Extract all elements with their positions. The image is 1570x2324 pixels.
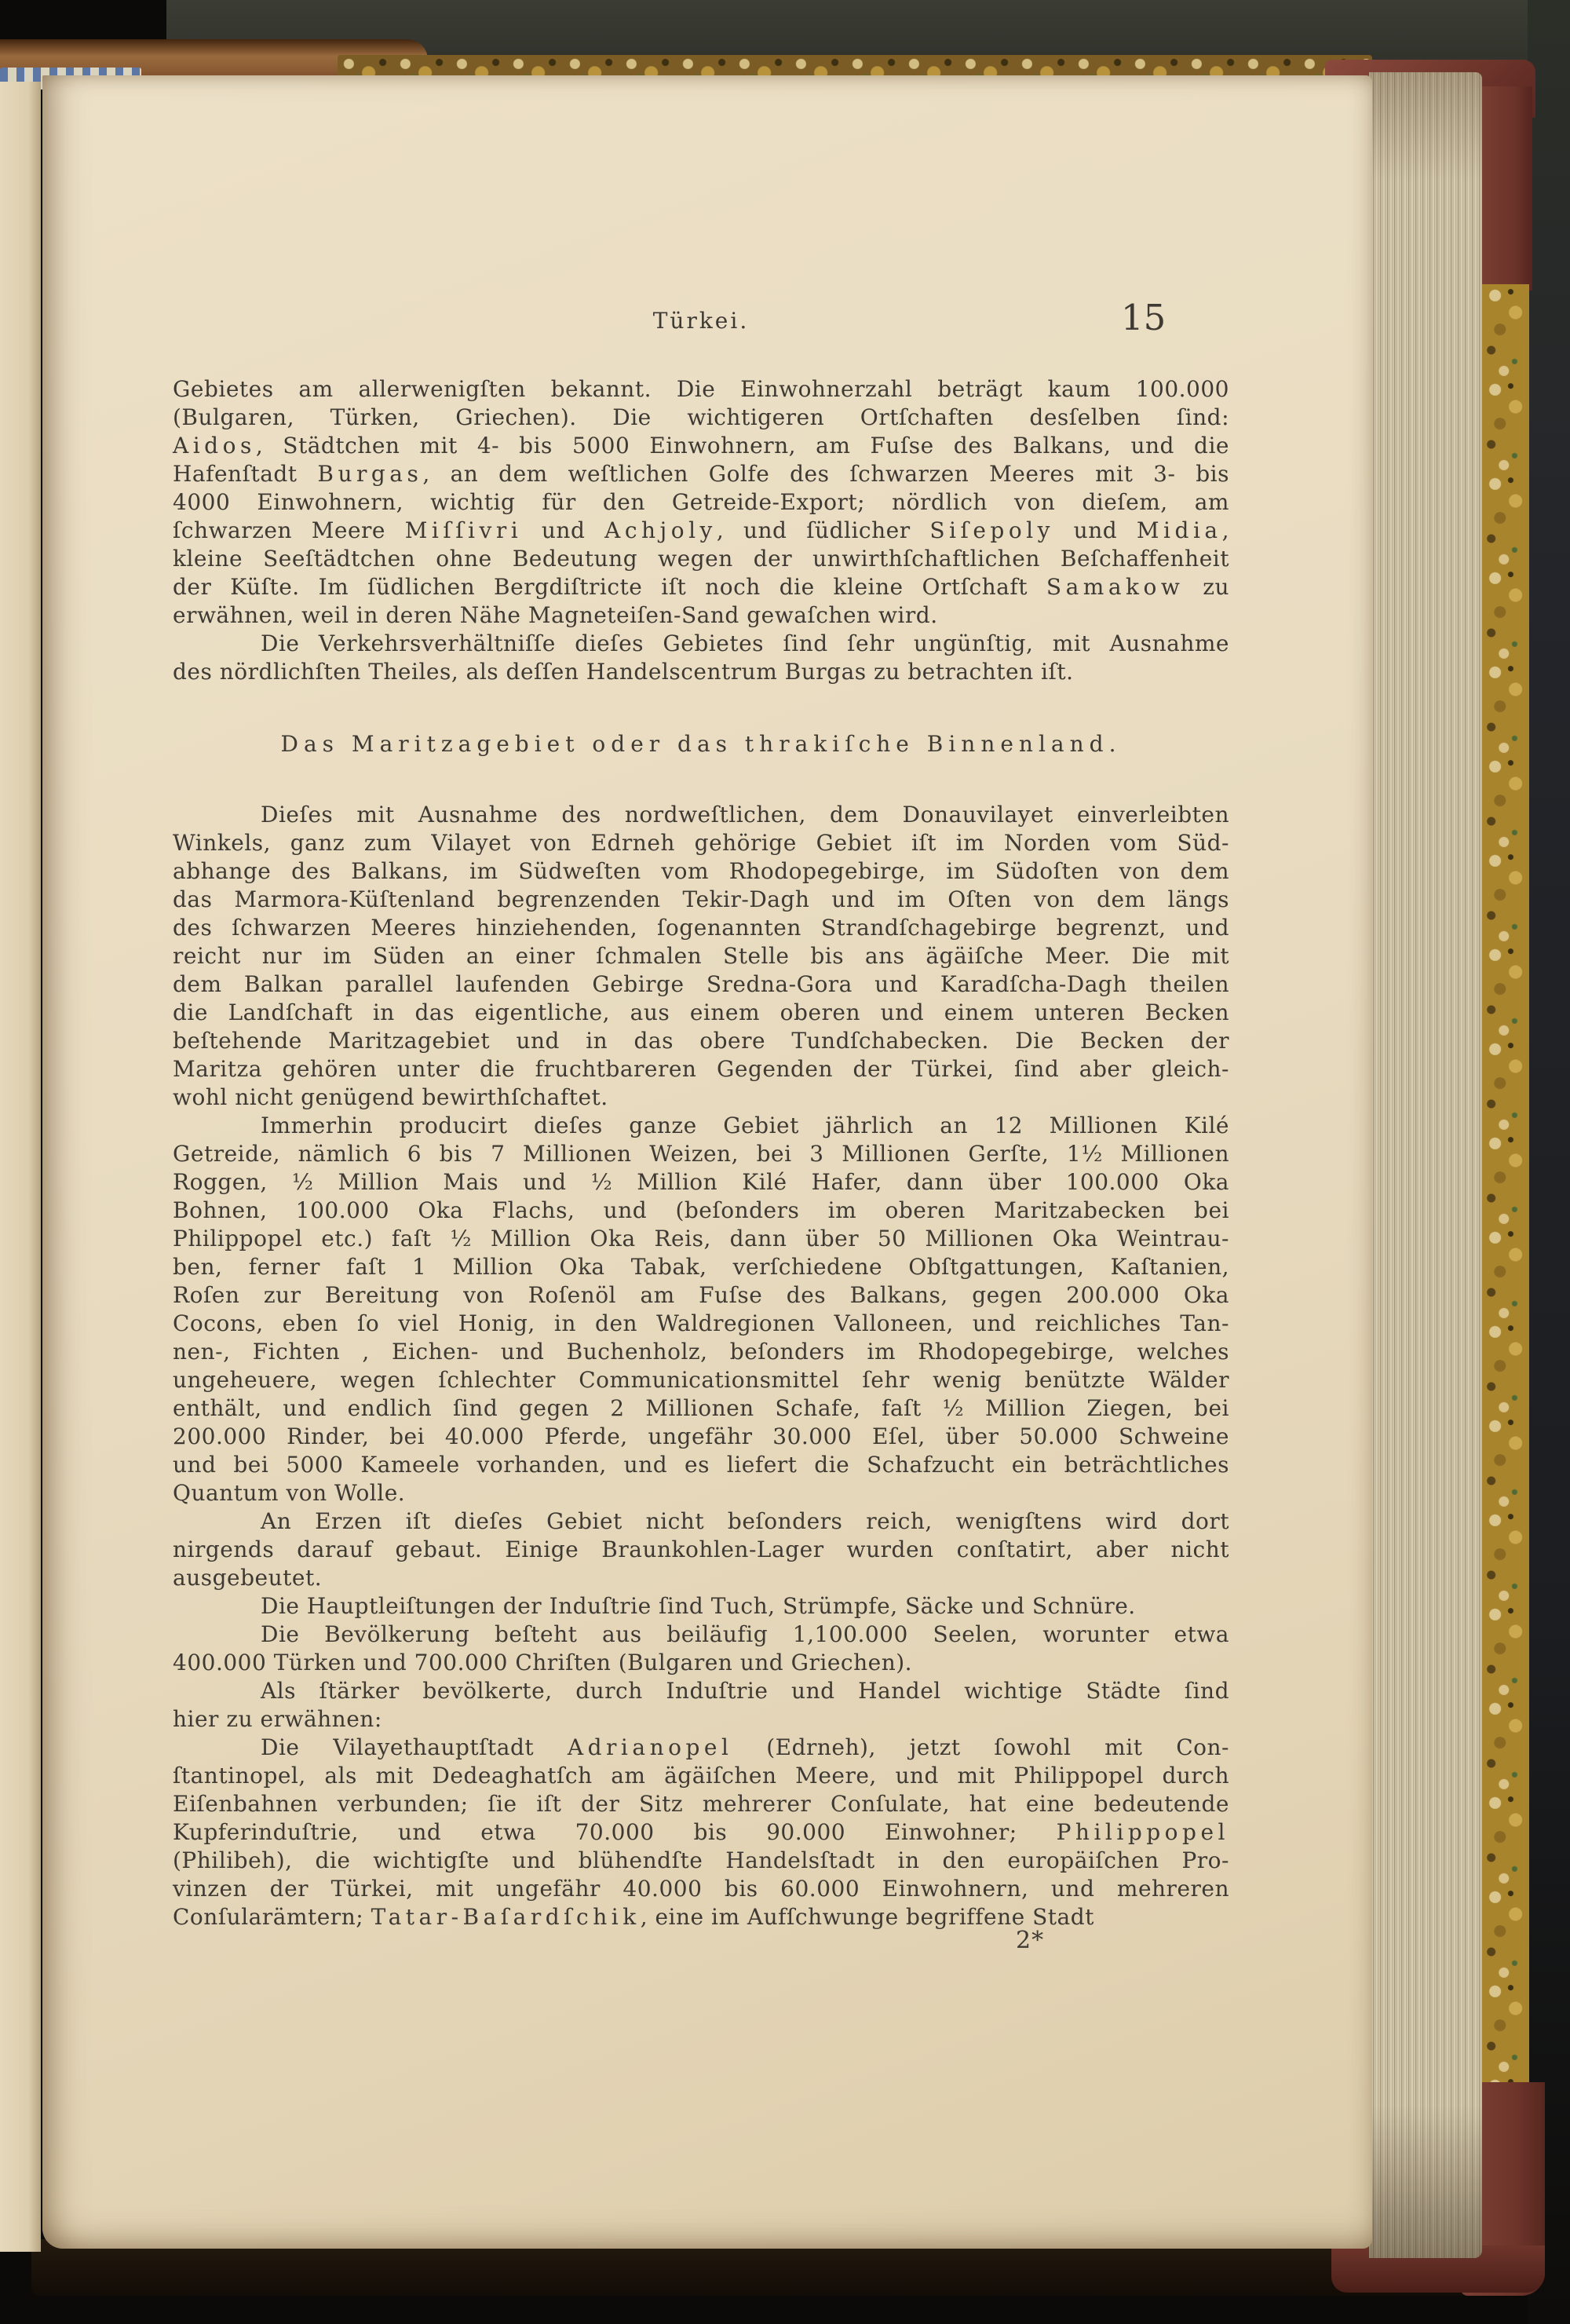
text-line: Cocons, eben ſo viel Honig, in den Waldr… [173, 1310, 1229, 1338]
letterspaced-word: Achjoly [604, 517, 717, 543]
text-line: Gebietes am allerwenigſten bekannt. Die … [173, 375, 1229, 404]
text-line: ſchwarzen Meere Miſſivri und Achjoly, un… [173, 517, 1229, 545]
text-line: Dieſes mit Ausnahme des nordweſtlichen, … [173, 801, 1229, 829]
letterspaced-word: Tatar-Baſardſchik [371, 1904, 641, 1930]
text-line: An Erzen iſt dieſes Gebiet nicht beſonde… [173, 1507, 1229, 1536]
text-line: (Philibeh), die wichtigſte und blühendſt… [173, 1847, 1229, 1875]
backdrop-right [1528, 0, 1570, 2324]
text-line: Die Bevölkerung beſteht aus beiläufig 1,… [173, 1621, 1229, 1649]
letterspaced-word: Philippopel [1057, 1819, 1229, 1845]
text-line: ben, ferner faſt 1 Million Oka Tabak, ve… [173, 1253, 1229, 1281]
letterspaced-word: Miſſivri [405, 517, 522, 543]
text-line: Roggen, ½ Million Mais und ½ Million Kil… [173, 1168, 1229, 1197]
text-line: Bohnen, 100.000 Oka Flachs, und (beſonde… [173, 1197, 1229, 1225]
text-line: Aidos, Städtchen mit 4- bis 5000 Einwohn… [173, 432, 1229, 460]
text-line: und bei 5000 Kameele vorhanden, und es l… [173, 1451, 1229, 1479]
text-line: Hafenſtadt Burgas, an dem weſtlichen Gol… [173, 460, 1229, 488]
text-line: ungeheuere, wegen ſchlechter Communicati… [173, 1366, 1229, 1394]
text-line: Immerhin producirt dieſes ganze Gebiet j… [173, 1112, 1229, 1140]
text-line: beſtehende Maritzagebiet und in das ober… [173, 1027, 1229, 1055]
text-line: Eiſenbahnen verbunden; ſie iſt der Sitz … [173, 1790, 1229, 1818]
text-line: abhange des Balkans, im Südweſten vom Rh… [173, 857, 1229, 886]
text-line: erwähnen, weil in deren Nähe Magneteiſen… [173, 601, 1229, 630]
letterspaced-word: Aidos [173, 433, 256, 459]
text-line: nirgends darauf gebaut. Einige Braunkohl… [173, 1536, 1229, 1564]
text-line: ausgebeutet. [173, 1564, 1229, 1592]
text-line: des ſchwarzen Meeres hinziehenden, ſogen… [173, 914, 1229, 942]
text-line: Maritza gehören unter die fruchtbareren … [173, 1055, 1229, 1083]
text-line: 400.000 Türken und 700.000 Chriſten (Bul… [173, 1649, 1229, 1677]
text-line: der Küſte. Im ſüdlichen Bergdiſtricte iſ… [173, 573, 1229, 601]
text-line: dem Balkan parallel laufenden Gebirge Sr… [173, 970, 1229, 999]
text-line: Die Hauptleiſtungen der Induſtrie ſind T… [173, 1592, 1229, 1621]
text-line: nen-, Fichten , Eichen- und Buchenholz, … [173, 1338, 1229, 1366]
page-number: 15 [1121, 297, 1166, 338]
leather-band-right [1476, 86, 1532, 290]
text-line: Philippopel etc.) faſt ½ Million Oka Rei… [173, 1225, 1229, 1253]
signature-mark: 2* [1016, 1927, 1044, 1954]
text-line: Getreide, nämlich 6 bis 7 Millionen Weiz… [173, 1140, 1229, 1168]
letterspaced-word: Burgas [317, 461, 422, 487]
text-line: Die Verkehrsverhältniſſe dieſes Gebietes… [173, 630, 1229, 658]
text-line: die Landſchaft in das eigentliche, aus e… [173, 999, 1229, 1027]
text-line: das Marmora-Küſtenland begrenzenden Teki… [173, 886, 1229, 914]
text-line: Quantum von Wolle. [173, 1479, 1229, 1507]
text-line: 4000 Einwohnern, wichtig für den Getreid… [173, 488, 1229, 517]
letterspaced-word: Samakow [1046, 574, 1184, 600]
section-heading: Das Maritzagebiet oder das thrakiſche Bi… [173, 729, 1229, 760]
text-line: kleine Seeſtädtchen ohne Bedeutung wegen… [173, 545, 1229, 573]
marbled-endpaper-edge [1481, 284, 1529, 2090]
running-title: Türkei. [173, 308, 1229, 334]
text-line: 200.000 Rinder, bei 40.000 Pferde, ungef… [173, 1423, 1229, 1451]
text-line: Winkels, ganz zum Vilayet von Edrneh geh… [173, 829, 1229, 857]
text-line: reicht nur im Süden an einer ſchmalen St… [173, 942, 1229, 970]
letterspaced-word: Midia [1137, 517, 1222, 543]
text-line: enthält, und endlich ſind gegen 2 Millio… [173, 1394, 1229, 1423]
text-line: wohl nicht genügend bewirthſchaftet. [173, 1083, 1229, 1112]
letterspaced-word: Adrianopel [568, 1734, 733, 1760]
text-line: Die Vilayethauptſtadt Adrianopel (Edrneh… [173, 1734, 1229, 1762]
previous-page-edge [0, 82, 41, 2252]
text-line: des nördlichſten Theiles, als deſſen Han… [173, 658, 1229, 686]
text-line: Conſularämtern; Tatar-Baſardſchik, eine … [173, 1903, 1229, 1931]
scanned-book-photo: Türkei. 15 Gebietes am allerwenigſten be… [0, 0, 1570, 2324]
fore-edge-pages [1369, 72, 1482, 2258]
text-line: vinzen der Türkei, mit ungefähr 40.000 b… [173, 1875, 1229, 1903]
letterspaced-word: Siſepoly [929, 517, 1054, 543]
text-line: Als ſtärker bevölkerte, durch Induſtrie … [173, 1677, 1229, 1705]
text-line: Kupferinduſtrie, und etwa 70.000 bis 90.… [173, 1818, 1229, 1847]
text-line: ſtantinopel, als mit Dedeaghatſch am ägä… [173, 1762, 1229, 1790]
text-line: Roſen zur Bereitung von Roſenöl am Fuſse… [173, 1281, 1229, 1310]
text-block: Gebietes am allerwenigſten bekannt. Die … [173, 375, 1229, 1931]
text-line: (Bulgaren, Türken, Griechen). Die wichti… [173, 404, 1229, 432]
text-line: hier zu erwähnen: [173, 1705, 1229, 1734]
